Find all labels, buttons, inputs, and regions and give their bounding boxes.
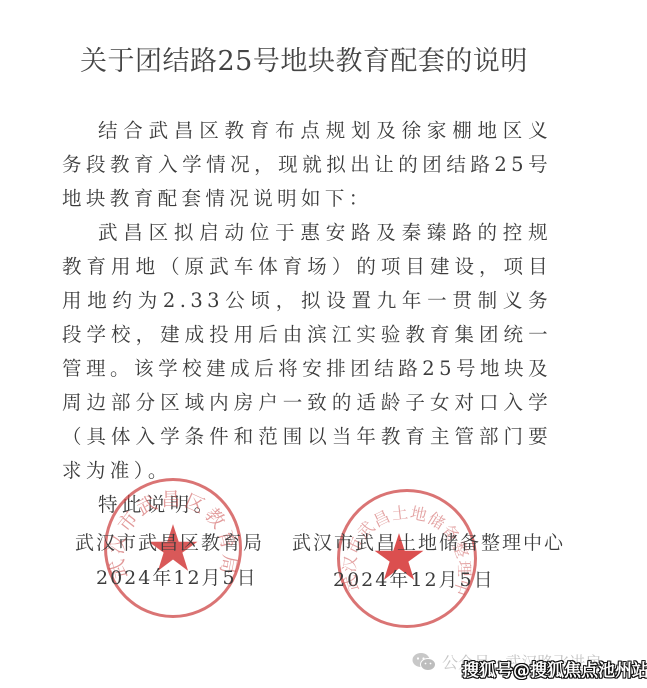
seal-arc-text: 武汉市武昌土地储备整理中心 [340,492,474,625]
paragraph-project: 武昌区拟启动位于惠安路及秦臻路的控规教育用地（原武车体育场）的项目建设，项目用地… [62,216,552,488]
paragraph-intro: 结合武昌区教育布点规划及徐家棚地区义务段教育入学情况，现就拟出让的团结路25号地… [62,114,552,216]
document-body: 结合武昌区教育布点规划及徐家棚地区义务段教育入学情况，现就拟出让的团结路25号地… [62,114,552,522]
signature-org-land-reserve-center: 武汉市武昌土地储备整理中心 [292,528,565,555]
signature-date-education-bureau: 2024年12月5日 [96,563,258,590]
signature-org-education-bureau: 武汉市武昌区教育局 [75,528,264,555]
sohu-watermark: 搜狐号@搜狐焦点池州站 [462,656,647,681]
document-title: 关于团结路25号地块教育配套的说明 [80,44,520,80]
signature-date-land-reserve-center: 2024年12月5日 [333,565,495,592]
official-seal-land-reserve-center: 武汉市武昌土地储备整理中心 [337,489,477,628]
wechat-icon [412,652,436,672]
